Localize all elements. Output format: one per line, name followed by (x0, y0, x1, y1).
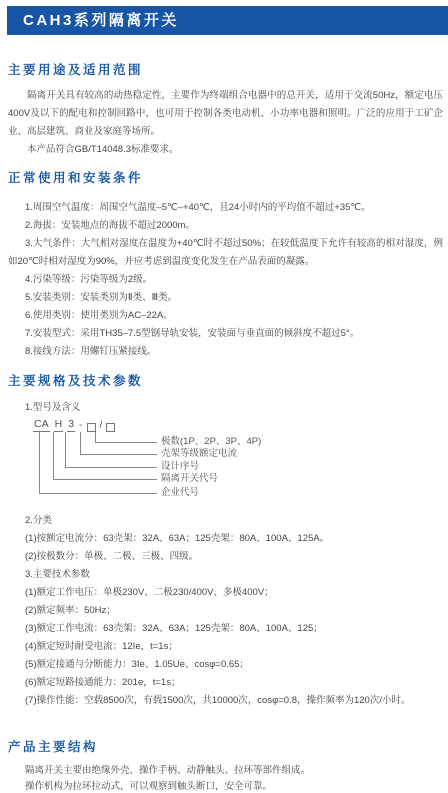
usage-paragraph: 隔离开关具有较高的动热稳定性，主要作为终端组合电器中的总开关，适用于交流50Hz… (8, 87, 443, 141)
condition-item: 2.海拔：安装地点的海拔不超过2000m。 (8, 217, 443, 235)
condition-list: 1.周围空气温度：周围空气温度–5℃–+40℃，且24小时内的平均值不超过+35… (8, 199, 443, 361)
tech-item: (2)额定频率：50Hz； (8, 602, 443, 620)
tech-item: (6)额定短路接通能力：201e，t=1s； (8, 674, 443, 692)
usage-paragraphs: 隔离开关具有较高的动热稳定性，主要作为终端组合电器中的总开关，适用于交流50Hz… (8, 87, 443, 159)
model-part-company: CA (33, 418, 50, 432)
model-part-switch: H (54, 418, 64, 432)
standard-note: 本产品符合GB/T14048.3标准要求。 (8, 141, 443, 159)
structure-paragraph: 操作机构为拉环拉动式，可以观察到触头断口，安全可靠。 (8, 779, 443, 793)
condition-item: 4.污染等级：污染等级为2级。 (8, 271, 443, 289)
document-content: 主要用途及适用范围 隔离开关具有较高的动热稳定性，主要作为终端组合电器中的总开关… (0, 35, 448, 710)
class-heading: 2.分类 (8, 512, 443, 530)
model-heading: 1.型号及含义 (8, 399, 443, 417)
condition-item: 1.周围空气温度：周围空气温度–5℃–+40℃，且24小时内的平均值不超过+35… (8, 199, 443, 217)
model-slash: / (100, 419, 103, 432)
tech-item: (1)额定工作电压：单极230V、二极230/400V、多极400V； (8, 584, 443, 602)
page-title: CAH3系列隔离开关 (23, 12, 179, 30)
condition-item: 8.接线方法：用螺钉压紧接线。 (8, 343, 443, 361)
tech-item: (4)额定短时耐受电流：12Ie，t=1s； (8, 638, 443, 656)
diagram-label-frame-current: 壳架等级额定电流 (161, 448, 237, 460)
tech-item: (5)额定接通与分断能力：3Ie、1.05Ue、cosφ=0.65； (8, 656, 443, 674)
section-title-conditions: 正常使用和安装条件 (8, 170, 443, 186)
structure-paragraph: 隔离开关主要由绝缘外壳、操作手柄、动静触头、拉环等部件组成。 (8, 763, 443, 779)
section-structure: 产品主要结构 隔离开关主要由绝缘外壳、操作手柄、动静触头、拉环等部件组成。 操作… (8, 739, 443, 793)
condition-item: 7.安装型式：采用TH35–7.5型钢导轨安装，安装面与垂直面的倾斜度不超过5°… (8, 325, 443, 343)
class-item: (1)按额定电流分：63壳架：32A、63A；125壳架：80A、100A、12… (8, 530, 443, 548)
condition-item: 3.大气条件：大气相对湿度在温度为+40℃时不超过50%；在较低温度下允许有较高… (8, 235, 443, 271)
tech-item: (3)额定工作电流：63壳架：32A、63A；125壳架：80A、100A、12… (8, 620, 443, 638)
model-designation-diagram: CA H 3 - / 极数(1P、2P、3P、4P) 壳架等级额定电流 设计序号… (8, 419, 443, 507)
diagram-label-company-code: 企业代号 (161, 487, 199, 499)
model-dash: - (79, 419, 83, 432)
condition-item: 5.安装类别：安装类别为Ⅱ类、Ⅲ类。 (8, 289, 443, 307)
section-title-specs: 主要规格及技术参数 (8, 373, 443, 389)
connector-line (39, 432, 157, 494)
section-title-usage: 主要用途及适用范围 (8, 62, 443, 78)
model-box-frame-current (87, 423, 96, 432)
class-item: (2)按极数分：单极、二极、三极、四级。 (8, 548, 443, 566)
section-title-structure: 产品主要结构 (8, 739, 443, 755)
model-code: CA H 3 - / (33, 419, 119, 432)
spec-list: 2.分类 (1)按额定电流分：63壳架：32A、63A；125壳架：80A、10… (8, 512, 443, 710)
diagram-label-switch-code: 隔离开关代号 (161, 473, 218, 485)
document-page: CAH3系列隔离开关 主要用途及适用范围 隔离开关具有较高的动热稳定性，主要作为… (0, 0, 448, 793)
condition-item: 6.使用类别：使用类别为AC–22A。 (8, 307, 443, 325)
model-box-poles (106, 423, 115, 432)
title-bar: CAH3系列隔离开关 (7, 6, 448, 35)
tech-heading: 3.主要技术参数 (8, 566, 443, 584)
diagram-label-poles: 极数(1P、2P、3P、4P) (161, 436, 261, 448)
model-part-series: 3 (67, 418, 75, 432)
diagram-label-design-number: 设计序号 (161, 461, 199, 473)
tech-item: (7)操作性能：空载8500次，有载1500次，共10000次，cosφ=0.8… (8, 692, 443, 710)
